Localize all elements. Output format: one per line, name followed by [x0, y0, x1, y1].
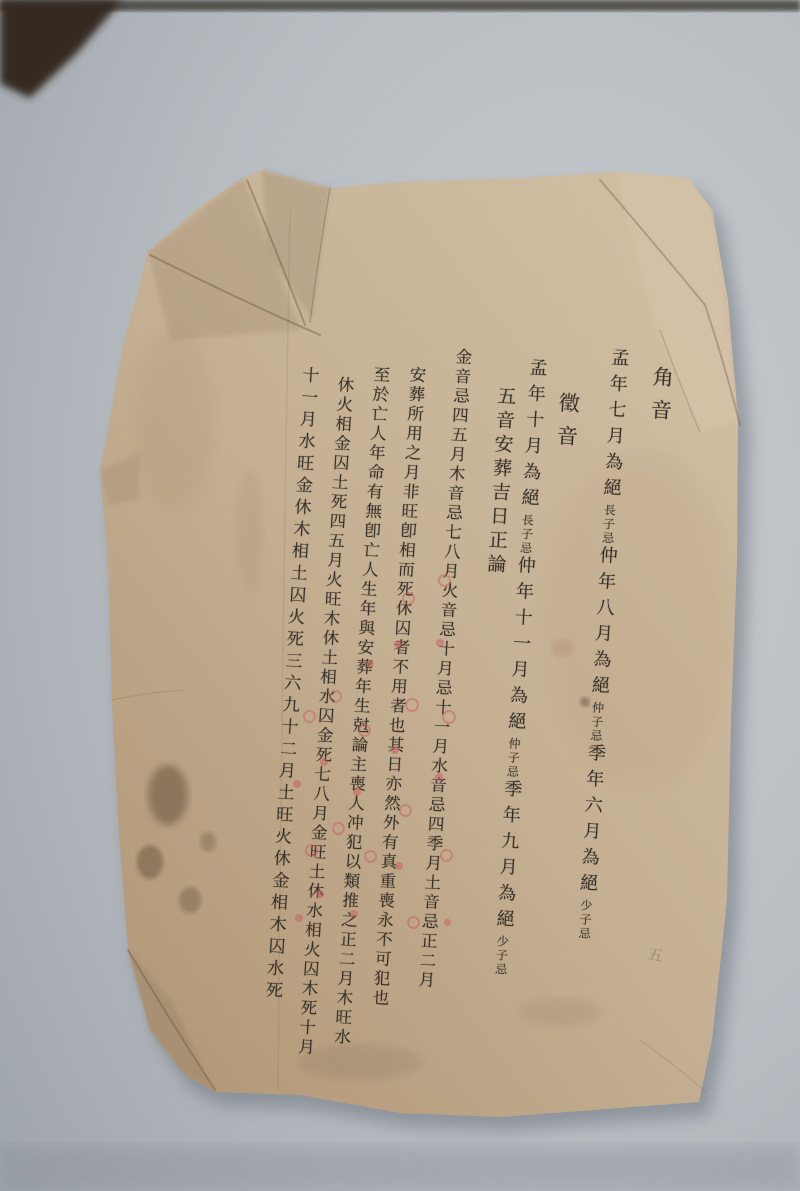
text-column-jue-yin-title: 角音	[648, 365, 673, 432]
column-note: 長子忌	[600, 503, 616, 546]
red-reading-mark	[399, 804, 412, 817]
text-column-zhi-yin-title: 徵音	[554, 391, 579, 458]
column-text: 仲年八月為絕	[588, 545, 618, 702]
red-reading-mark	[444, 919, 451, 926]
column-note: 仲子忌	[505, 737, 521, 780]
red-reading-mark	[364, 850, 377, 863]
column-text: 仲年十一月為絕	[504, 555, 536, 738]
column-note: 長子忌	[518, 513, 534, 556]
column-text: 孟年七月為絕	[600, 347, 630, 504]
page-number-mark: 五	[646, 943, 665, 967]
text-column-jue-yin-body: 孟年七月為絕長子忌仲年八月為絕仲子忌季年六月為絕少子忌	[575, 347, 628, 941]
text-column-section-heading: 五音安葬吉日正論	[485, 385, 515, 578]
column-text: 角音	[647, 365, 675, 432]
manuscript-text: 角音 孟年七月為絕長子忌仲年八月為絕仲子忌季年六月為絕少子忌 徵音 孟年十月為絕…	[0, 0, 800, 1191]
column-text: 孟年十月為絕	[518, 357, 548, 514]
red-reading-mark	[295, 914, 303, 922]
column-note: 少子忌	[493, 935, 509, 978]
text-column-five-tones-taboo: 金音忌四五月木音忌七八月火音忌十月忌十一月水音忌四季月土音忌正二月	[416, 348, 471, 991]
photo-of-manuscript: 角音 孟年七月為絕長子忌仲年八月為絕仲子忌季年六月為絕少子忌 徵音 孟年十月為絕…	[0, 0, 800, 1191]
column-text: 五音安葬吉日正論	[484, 385, 517, 578]
column-text: 季年九月為絕	[493, 779, 523, 936]
column-note: 少子忌	[577, 899, 593, 942]
column-text: 徵音	[553, 391, 581, 458]
column-text: 季年六月為絕	[576, 743, 606, 900]
column-note: 仲子忌	[589, 701, 605, 744]
column-text: 金音忌四五月木音忌七八月火音忌十月忌十一月水音忌四季月土音忌正二月	[415, 347, 472, 990]
